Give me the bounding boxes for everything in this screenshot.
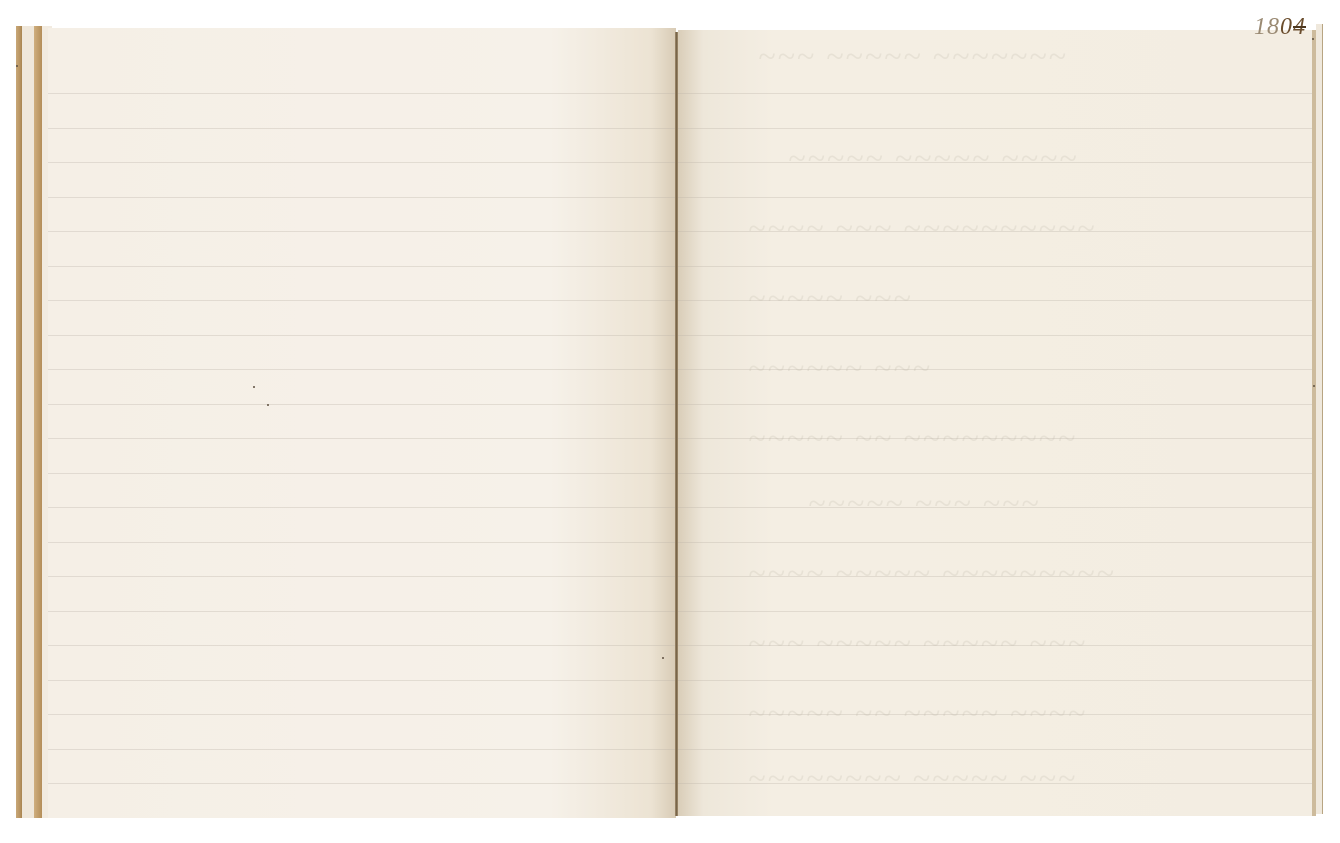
ruled-line	[48, 438, 676, 439]
ruled-line	[678, 473, 1314, 474]
ruled-line	[678, 162, 1314, 163]
ruled-line	[48, 300, 676, 301]
ruled-line	[48, 749, 676, 750]
notebook-spread: ~~~ ~~~~~ ~~~~~~~ ~~~~~ ~~~~~ ~~~~ ~~~~ …	[0, 0, 1340, 843]
ruled-line	[678, 542, 1314, 543]
ruled-line	[678, 300, 1314, 301]
speck	[267, 404, 269, 406]
page-number: 1804	[1254, 14, 1306, 41]
ruled-line	[48, 507, 676, 508]
ruled-line	[48, 369, 676, 370]
ruled-line	[678, 369, 1314, 370]
ruled-line	[48, 404, 676, 405]
bleed-through-text: ~~~~ ~~~ ~~~~~~~~~~	[748, 210, 1096, 247]
ruled-line	[48, 576, 676, 577]
ruled-line	[678, 714, 1314, 715]
ruled-line	[678, 404, 1314, 405]
left-page-edges	[14, 26, 52, 818]
ruled-line	[48, 128, 676, 129]
ruled-line	[48, 783, 676, 784]
bleed-through-text: ~~~~ ~~~~~ ~~~~~~~~~	[748, 555, 1116, 592]
ruled-line	[48, 473, 676, 474]
bleed-through-text: ~~~~~ ~~~ ~~~	[808, 485, 1040, 522]
bleed-through-text: ~~~ ~~~~~ ~~~~~ ~~~	[748, 625, 1087, 662]
ruled-line	[678, 335, 1314, 336]
page-number-pencil: 18	[1254, 14, 1280, 40]
ruled-line	[678, 266, 1314, 267]
ruled-line	[678, 231, 1314, 232]
ruled-line	[678, 680, 1314, 681]
ruled-line	[678, 576, 1314, 577]
ruled-line	[678, 783, 1314, 784]
ruled-line	[48, 162, 676, 163]
page-number-ink: 0	[1280, 14, 1293, 40]
ruled-line	[48, 714, 676, 715]
speck	[253, 386, 255, 388]
ruled-line	[48, 93, 676, 94]
bleed-through-text: ~~~ ~~~~~ ~~~~~~~	[758, 38, 1068, 75]
ruled-line	[48, 266, 676, 267]
ruled-line	[678, 749, 1314, 750]
left-page	[48, 28, 676, 818]
speck	[16, 65, 18, 67]
ruled-line	[678, 128, 1314, 129]
bleed-through-text: ~~~~~ ~~~	[748, 280, 913, 317]
speck	[662, 657, 664, 659]
edge-stripe	[22, 26, 34, 818]
ruled-line	[678, 645, 1314, 646]
ruled-line	[48, 680, 676, 681]
edge-stripe	[1316, 24, 1323, 814]
page-number-struck: 4	[1293, 14, 1306, 40]
ruled-line	[678, 507, 1314, 508]
right-page: ~~~ ~~~~~ ~~~~~~~ ~~~~~ ~~~~~ ~~~~ ~~~~ …	[678, 30, 1314, 816]
ruled-line	[48, 611, 676, 612]
right-page-edges	[1312, 24, 1326, 816]
ruled-line	[48, 231, 676, 232]
bleed-through-text: ~~~~~ ~~~~~ ~~~~	[788, 140, 1078, 177]
ruled-line	[48, 542, 676, 543]
ruled-line	[678, 197, 1314, 198]
speck	[1313, 385, 1315, 387]
ruled-line	[678, 93, 1314, 94]
edge-stripe	[34, 26, 42, 818]
ruled-line	[48, 197, 676, 198]
ruled-line	[48, 335, 676, 336]
ruled-line	[678, 611, 1314, 612]
ruled-line	[678, 438, 1314, 439]
speck	[1312, 38, 1314, 40]
ruled-line	[48, 645, 676, 646]
bleed-through-text: ~~~~~~~~ ~~~~~ ~~~	[748, 760, 1077, 797]
